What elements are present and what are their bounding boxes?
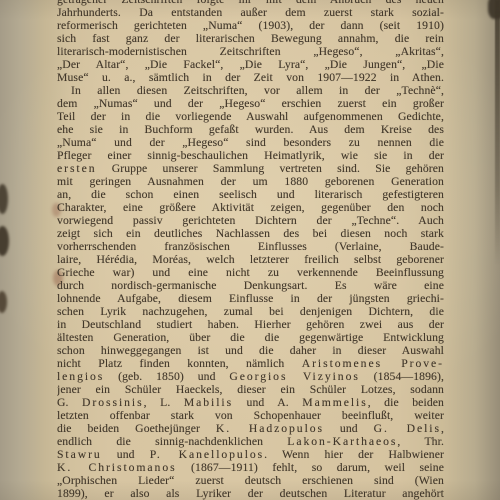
text-line: „Der Altar“, „Die Fackel“, „Die Lyra“, „… (57, 58, 444, 71)
text-segment: Teil der in die vorliegende Auswahl aufg… (57, 110, 444, 123)
text-line: „Orphischen Lieder“ zuerst deutsch ersch… (57, 474, 444, 487)
text-line: Grieche war) und eine nicht zu verkennen… (57, 266, 444, 279)
text-line: nicht Platz finden konnten, nämlich Aris… (57, 357, 444, 370)
text-segment: In allen diesen Zeitschriften, vor allem… (71, 84, 444, 97)
spaced-name-text: Drossinis (82, 396, 144, 409)
spaced-name-text: Mabilis (184, 396, 233, 409)
spaced-name-text: lengios (57, 370, 104, 383)
text-segment: „Orphischen Lieder“ zuerst deutsch ersch… (57, 474, 444, 487)
spaced-name-text: P. Kanellopulos (150, 448, 264, 461)
scan-smudge (0, 184, 8, 214)
text-line: laire, Hérédia, Moréas, welch letzterer … (57, 253, 444, 266)
text-segment: nicht Platz finden konnten, nämlich (57, 357, 302, 370)
text-segment: endlich die sinnig-nachdenklichen (57, 435, 287, 448)
text-line: die beiden Goethejünger K. Hadzopulos un… (57, 422, 444, 435)
text-segment: schen Lyrik nachzugehen, zumal bei denje… (57, 305, 444, 318)
text-line: In allen diesen Zeitschriften, vor allem… (57, 84, 444, 97)
text-line: durch nordisch-germanische Denkungsart. … (57, 279, 444, 292)
text-segment: vorwiegend passiv gerichteten Dichtern d… (57, 214, 444, 227)
spaced-name-text: K. Hadzopulos (216, 422, 324, 435)
text-line: vorwiegend passiv gerichteten Dichtern d… (57, 214, 444, 227)
text-segment: Muse“ u. a., sämtlich in der Zeit von 19… (57, 71, 444, 84)
text-line: reformerisch gerichteten „Numa“ (1903), … (57, 19, 444, 32)
text-segment: , Thr. (397, 435, 444, 448)
scan-smudge (488, 0, 500, 19)
text-line: ehe sie in Buchform gefaßt wurden. Aus d… (57, 123, 444, 136)
text-segment: „Der Altar“, „Die Fackel“, „Die Lyra“, „… (57, 58, 444, 71)
text-segment: mit geringen Ausnahmen der um 1880 gebor… (57, 175, 444, 188)
text-segment: zeigt sich ein deutliches Nachlassen des… (57, 227, 444, 240)
spaced-name-text: K. Christomanos (57, 461, 177, 474)
text-segment: (geb. 1850) und (104, 370, 229, 383)
text-segment: . Wenn hier der Halbwiener (264, 448, 444, 461)
text-line: Pfleger einer sinnig-beschaulichen Heima… (57, 149, 444, 162)
text-segment: , (441, 422, 444, 435)
text-segment: , die beiden (368, 396, 444, 409)
text-segment: reformerisch gerichteten „Numa“ (1903), … (57, 19, 444, 32)
text-segment: und A. (233, 396, 302, 409)
text-segment: Jahrhunderts. Da entstanden außer dem zu… (57, 6, 444, 19)
text-segment: , L. (144, 396, 184, 409)
text-line: schen Lyrik nachzugehen, zumal bei denje… (57, 305, 444, 318)
text-segment: und (102, 448, 150, 461)
text-line: K. Christomanos (1867—1911) fehlt, so da… (57, 461, 444, 474)
text-segment: jener ein Schüler Haeckels, dieser ein S… (57, 383, 444, 396)
text-segment: in Deutschland studiert haben. Hierher g… (57, 318, 444, 331)
text-segment: ältesten Generation, über die die gegenw… (57, 331, 444, 344)
text-segment: Pfleger einer sinnig-beschaulichen Heima… (57, 149, 444, 162)
text-line: Jahrhunderts. Da entstanden außer dem zu… (57, 6, 444, 19)
text-segment: schon hinweggegangen ist und die daher i… (57, 344, 444, 357)
text-segment: die beiden Goethejünger (57, 422, 216, 435)
text-line: literarisch-modernistischen Zeitschrifte… (57, 45, 444, 58)
text-line: dem „Numas“ und der „Hegeso“ erschien zu… (57, 97, 444, 110)
spaced-name-text: Georgios Vizyinos (229, 370, 359, 383)
text-segment: (1867—1911) fehlt, so darum, weil seine (177, 461, 444, 474)
text-segment: an, die schon einen seelisch und literar… (57, 188, 444, 201)
scan-smudge (0, 226, 9, 256)
spaced-name-text: Aristomenes Prove- (302, 357, 444, 370)
text-segment: ehe sie in Buchform gefaßt wurden. Aus d… (57, 123, 444, 136)
text-line: mit geringen Ausnahmen der um 1880 gebor… (57, 175, 444, 188)
text-line: ältesten Generation, über die die gegenw… (57, 331, 444, 344)
text-segment: (1854—1896), (360, 370, 444, 383)
spaced-name-text: Mammelis (302, 396, 367, 409)
spaced-name-text: Lakon-Karthaeos (287, 435, 397, 448)
text-line: an, die schon einen seelisch und literar… (57, 188, 444, 201)
text-segment: und (324, 422, 374, 435)
text-segment: G. (57, 396, 82, 409)
text-segment: „Numa“ und der „Hegeso“ sind besonders z… (57, 136, 444, 149)
text-segment: letzten offenbar stark von Schopenhauer … (57, 409, 444, 422)
text-line: endlich die sinnig-nachdenklichen Lakon-… (57, 435, 444, 448)
text-segment: laire, Hérédia, Moréas, welch letzterer … (57, 253, 444, 266)
text-line: 1899), er also als Lyriker der deutschen… (57, 487, 444, 500)
text-line: Teil der in die vorliegende Auswahl aufg… (57, 110, 444, 123)
scanned-page: getragener Zeitschriften folgte ihr mit … (0, 0, 500, 500)
text-segment: Grieche war) und eine nicht zu verkennen… (57, 266, 444, 279)
text-line: Charakter, eine größere Aktivität zeigen… (57, 201, 444, 214)
text-line: Stawru und P. Kanellopulos. Wenn hier de… (57, 448, 444, 461)
spaced-name-text: G. Delis (374, 422, 441, 435)
scan-smudge (0, 291, 7, 313)
text-line: schon hinweggegangen ist und die daher i… (57, 344, 444, 357)
text-segment: 1899), er also als Lyriker der deutschen… (57, 487, 444, 500)
text-segment: Charakter, eine größere Aktivität zeigen… (57, 201, 444, 214)
spaced-name-text: Stawru (57, 448, 102, 461)
text-line: lohnende Aufgabe, diesem Einflusse in de… (57, 292, 444, 305)
page-text: getragener Zeitschriften folgte ihr mit … (57, 0, 444, 500)
text-segment: vorherrschenden französischen Einflusses… (57, 240, 444, 253)
spaced-name-text: ersten (57, 162, 97, 175)
text-line: in Deutschland studiert haben. Hierher g… (57, 318, 444, 331)
text-line: zeigt sich ein deutliches Nachlassen des… (57, 227, 444, 240)
text-segment: literarisch-modernistischen Zeitschrifte… (57, 45, 444, 58)
text-line: vorherrschenden französischen Einflusses… (57, 240, 444, 253)
text-segment: sich fast ganz der literarischen Bewegun… (57, 32, 444, 45)
text-line: ersten Gruppe unserer Sammlung vertreten… (57, 162, 444, 175)
text-line: G. Drossinis, L. Mabilis und A. Mammelis… (57, 396, 444, 409)
text-line: lengios (geb. 1850) und Georgios Vizyino… (57, 370, 444, 383)
text-segment: lohnende Aufgabe, diesem Einflusse in de… (57, 292, 444, 305)
text-line: jener ein Schüler Haeckels, dieser ein S… (57, 383, 444, 396)
text-line: Muse“ u. a., sämtlich in der Zeit von 19… (57, 71, 444, 84)
text-line: „Numa“ und der „Hegeso“ sind besonders z… (57, 136, 444, 149)
scan-edge-shadow (495, 0, 500, 265)
text-line: letzten offenbar stark von Schopenhauer … (57, 409, 444, 422)
text-segment: durch nordisch-germanische Denkungsart. … (57, 279, 444, 292)
text-line: sich fast ganz der literarischen Bewegun… (57, 32, 444, 45)
text-segment: dem „Numas“ und der „Hegeso“ erschien zu… (57, 97, 444, 110)
text-segment: Gruppe unserer Sammlung vertreten sind. … (97, 162, 445, 175)
